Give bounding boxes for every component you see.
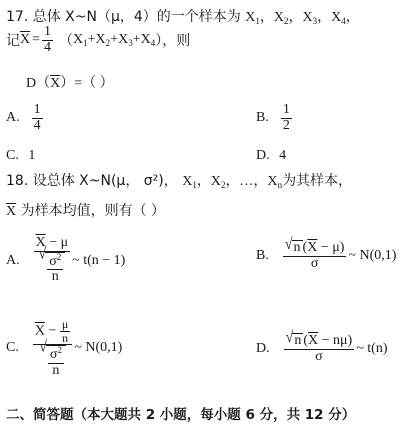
one-quarter-fraction: 1 4 bbox=[42, 25, 53, 55]
sum-expression: X1+X2+X3+X4 bbox=[73, 32, 155, 48]
q18-number: 18. bbox=[6, 173, 28, 189]
q18-option-c[interactable]: C. X − μn √σ2n ~ N(0,1) bbox=[6, 318, 122, 379]
q17-option-d[interactable]: D. 4 bbox=[256, 148, 286, 164]
q17-number: 17. bbox=[6, 9, 28, 25]
q17-option-b[interactable]: B. 1 2 bbox=[256, 103, 292, 133]
q18-option-d[interactable]: D. √n(X − nμ) σ ~ t(n) bbox=[256, 333, 387, 364]
q18-stem-line1: 18. 设总体 X~N(μ， σ²)， X1，X2，…，Xn为其样本， bbox=[6, 170, 352, 190]
xbar-symbol: X bbox=[20, 32, 30, 48]
q18-option-b[interactable]: B. √n(X − μ) σ ~ N(0,1) bbox=[256, 240, 396, 271]
q17-stem-line2: 记 X = 1 4 （ X1+X2+X3+X4 ），则 bbox=[6, 25, 190, 55]
q18-option-a[interactable]: A. X − μ √σ2n ~ t(n − 1) bbox=[6, 236, 125, 285]
q17-option-a[interactable]: A. 1 4 bbox=[6, 103, 43, 133]
section-2-heading: 二、简答题（本大题共 2 小题，每小题 6 分，共 12 分） bbox=[6, 403, 355, 423]
q17-samples: X1，X2，X3，X4， bbox=[245, 10, 360, 25]
q17-option-c[interactable]: C. 1 bbox=[6, 148, 35, 164]
q18-stem-line2: X 为样本均值，则有（ ） bbox=[6, 200, 165, 220]
q17-stem-line1: 17. 总体 X~N（μ，4）的一个样本为 X1，X2，X3，X4， bbox=[6, 6, 360, 26]
q17-question: D（X）=（ ） bbox=[26, 72, 114, 92]
